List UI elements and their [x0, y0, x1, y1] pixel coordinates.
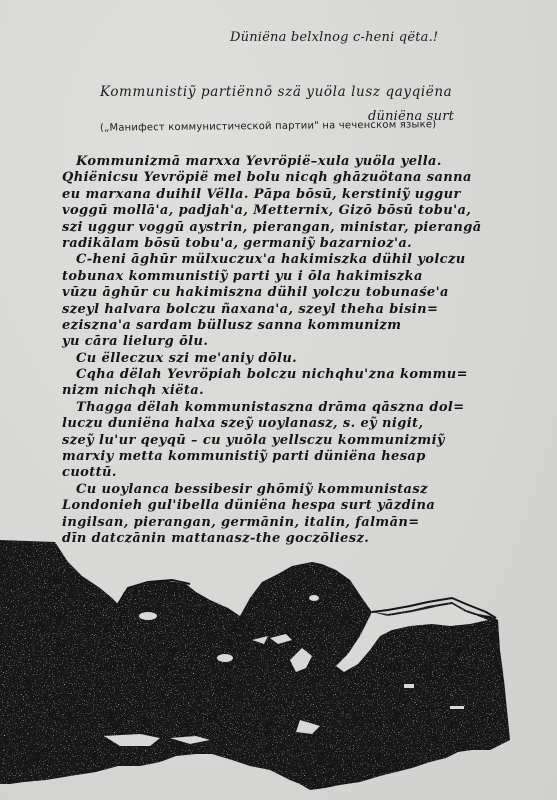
body-line: Thagga dëlah kommunistaszna drāma qāszna… [62, 400, 532, 416]
body-line: luczu duniëna halxa szeỹ uoylanasz, s. e… [62, 416, 532, 432]
body-line: radikālam bōsū tobu'a, germaniỹ bazarnio… [62, 236, 532, 252]
body-line: nizm nichqh xiëta. [62, 383, 532, 399]
body-line: szi uggur voggū aystrin, pierangan, mini… [62, 220, 532, 236]
title-subtitle-russian: („Манифест коммунистической партии" на ч… [100, 119, 436, 134]
body-text: Kommunizmā marxxa Yevröpië–xula yuöla ye… [62, 154, 532, 547]
body-line: cuottū. [62, 465, 532, 481]
body-line: eu marxana duihil Vëlla. Pāpa bōsū, kers… [62, 187, 532, 203]
body-line: tobunax kommunistiỹ parti yu i ōla hakim… [62, 269, 532, 285]
body-line: Qhiënicsu Yevröpië mel bolu nicqh ghāzuö… [62, 170, 532, 186]
body-line: vūzu āghūr cu hakimiszna dühil yolczu to… [62, 285, 532, 301]
body-line: voggū mollā'a, padjah'a, Metternix, Gizō… [62, 203, 532, 219]
document-page: Düniëna belxlnog c-heni qëta.! Kommunist… [0, 0, 557, 800]
body-line: ingilsan, pierangan, germānin, italin, f… [62, 515, 532, 531]
body-line: C-heni āghūr mülxuczux'a hakimiszka dühi… [62, 252, 532, 268]
body-line: Londonieh gul'ibella düniëna hespa surt … [62, 498, 532, 514]
body-line: Cqha dëlah Yevröpiah bolczu nichqhu'zna … [62, 367, 532, 383]
body-line: marxiy metta kommunistiỹ parti düniëna h… [62, 449, 532, 465]
mountain-silhouette [0, 540, 510, 790]
body-line: szeyl halvara bolczu ñaxana'a, szeyl the… [62, 302, 532, 318]
body-line: Kommunizmā marxxa Yevröpië–xula yuöla ye… [62, 154, 532, 170]
body-line: Cu uoylanca bessibesir ghōmiỹ kommunista… [62, 482, 532, 498]
mountain-woodcut-illustration [0, 540, 557, 800]
body-line: Cu ëlleczux szi me'aniy dōlu. [62, 351, 532, 367]
body-line: yu cāra lielurg ōlu. [62, 334, 532, 350]
body-line: eziszna'a sardam büllusz sanna kommunizm [62, 318, 532, 334]
body-line: szeỹ lu'ur qeyqū – cu yuōla yellsczu kom… [62, 433, 532, 449]
title-line-1: Kommunistiỹ partiënnō szä yuöla lusz qay… [100, 84, 452, 100]
greeting-line: Düniëna belxlnog c-heni qëta.! [230, 30, 438, 45]
